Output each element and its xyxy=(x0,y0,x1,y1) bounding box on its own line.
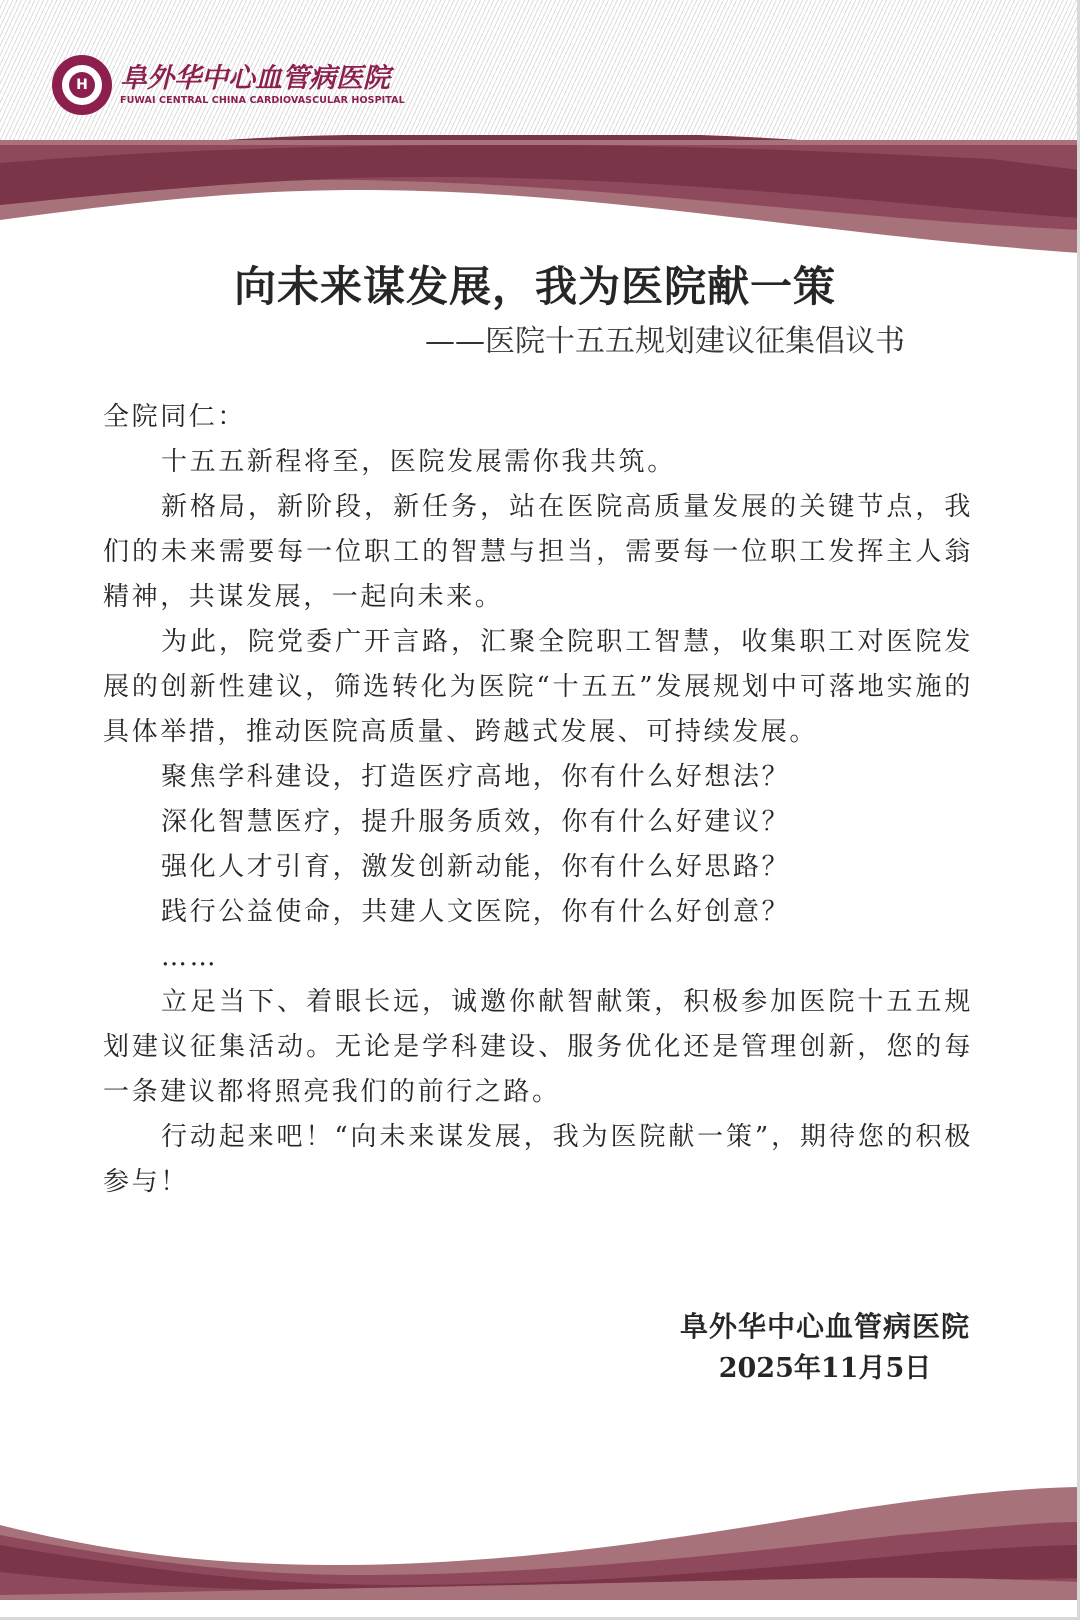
hospital-name-cn: 阜外华中心血管病医院 xyxy=(120,63,405,95)
question-item: 深化智慧医疗，提升服务质效，你有什么好建议？ xyxy=(103,800,973,845)
signature-date: 2025年11月5日 xyxy=(660,1349,990,1389)
paragraph: 十五五新程将至，医院发展需你我共筑。 xyxy=(103,440,973,485)
bottom-decorative-wave xyxy=(0,1460,1080,1620)
top-decorative-wave xyxy=(0,135,1080,265)
question-item: 强化人才引育，激发创新动能，你有什么好思路？ xyxy=(103,845,973,890)
hospital-name-en: FUWAI CENTRAL CHINA CARDIOVASCULAR HOSPI… xyxy=(120,95,405,107)
emblem-mark: H xyxy=(69,72,95,98)
salutation: 全院同仁： xyxy=(103,395,973,440)
question-item: 践行公益使命，共建人文医院，你有什么好创意？ xyxy=(103,890,973,935)
logo-text: 阜外华中心血管病医院 FUWAI CENTRAL CHINA CARDIOVAS… xyxy=(120,63,405,107)
paragraph: 为此，院党委广开言路，汇聚全院职工智慧，收集职工对医院发展的创新性建议，筛选转化… xyxy=(103,620,973,755)
title-text: 向未来谋发展，我为医院献一策 xyxy=(234,262,836,311)
page-subtitle: ——医院十五五规划建议征集倡议书 xyxy=(425,322,905,362)
question-item: 聚焦学科建设，打造医疗高地，你有什么好想法？ xyxy=(103,755,973,800)
signature-block: 阜外华中心血管病医院 2025年11月5日 xyxy=(660,1305,990,1389)
letter-body: 全院同仁： 十五五新程将至，医院发展需你我共筑。 新格局，新阶段，新任务，站在医… xyxy=(103,395,973,1205)
ellipsis: …… xyxy=(103,935,973,980)
page-title: 向未来谋发展，我为医院献一策 xyxy=(0,262,1080,312)
closing-paragraph: 行动起来吧！“向未来谋发展，我为医院献一策”，期待您的积极参与！ xyxy=(103,1115,973,1205)
hospital-emblem-icon: H xyxy=(52,55,112,115)
paragraph: 新格局，新阶段，新任务，站在医院高质量发展的关键节点，我们的未来需要每一位职工的… xyxy=(103,485,973,620)
closing-paragraph: 立足当下、着眼长远，诚邀你献智献策，积极参加医院十五五规划建议征集活动。无论是学… xyxy=(103,980,973,1115)
hospital-logo: H 阜外华中心血管病医院 FUWAI CENTRAL CHINA CARDIOV… xyxy=(52,55,405,115)
signature-organization: 阜外华中心血管病医院 xyxy=(660,1305,990,1349)
